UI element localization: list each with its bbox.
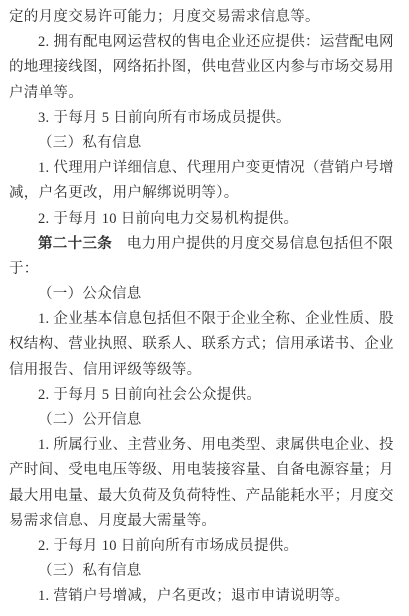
text-line: 2. 于每月 5 日前向社会公众提供。	[9, 383, 407, 408]
text-line: 2. 于每月 10 日前向电力交易机构提供。	[9, 207, 407, 232]
text-line: 信用报告、信用评级等级等。	[9, 358, 407, 383]
text-line: 减，户名更改，用户解绑说明等）。	[9, 181, 407, 206]
text-line: 于：	[9, 257, 407, 282]
text-line: 1. 所属行业、主营业务、用电类型、隶属供电企业、投	[9, 433, 407, 458]
text-line: 2. 于每月 10 日前向所有市场成员提供。	[9, 534, 407, 559]
text-line: 的地理接线图，网络拓扑图，供电营业区内参与市场交易用	[9, 55, 407, 80]
text-line: 3. 于每月 5 日前向所有市场成员提供。	[9, 106, 407, 131]
clause-number-bold: 第二十三条	[38, 236, 112, 252]
text-line: （三）私有信息	[9, 559, 407, 584]
text-line: 产时间、受电电压等级、用电装接容量、自备电源容量；月	[9, 458, 407, 483]
text-line: 1. 代理用户详细信息、代理用户变更情况（营销户号增	[9, 156, 407, 181]
text-line: （一）公众信息	[9, 282, 407, 307]
text-line: 1. 营销户号增减，户名更改；退市申请说明等。	[9, 584, 407, 609]
text-line: 第二十三条 电力用户提供的月度交易信息包括但不限	[9, 232, 407, 257]
text-line: （三）私有信息	[9, 131, 407, 156]
text-line: 最大用电量、最大负荷及负荷特性、产品能耗水平；月度交	[9, 484, 407, 509]
document-body: 定的月度交易许可能力；月度交易需求信息等。2. 拥有配电网运营权的售电企业还应提…	[9, 5, 407, 610]
text-line: 2. 拥有配电网运营权的售电企业还应提供：运营配电网	[9, 30, 407, 55]
text-line: 易需求信息、月度最大需量等。	[9, 509, 407, 534]
text-line: 1. 企业基本信息包括但不限于企业全称、企业性质、股	[9, 307, 407, 332]
text-line: 权结构、营业执照、联系人、联系方式；信用承诺书、企业	[9, 332, 407, 357]
text-line: 户清单等。	[9, 81, 407, 106]
text-line: （二）公开信息	[9, 408, 407, 433]
text-line: 定的月度交易许可能力；月度交易需求信息等。	[9, 5, 407, 30]
document-page: 定的月度交易许可能力；月度交易需求信息等。2. 拥有配电网运营权的售电企业还应提…	[0, 0, 409, 616]
